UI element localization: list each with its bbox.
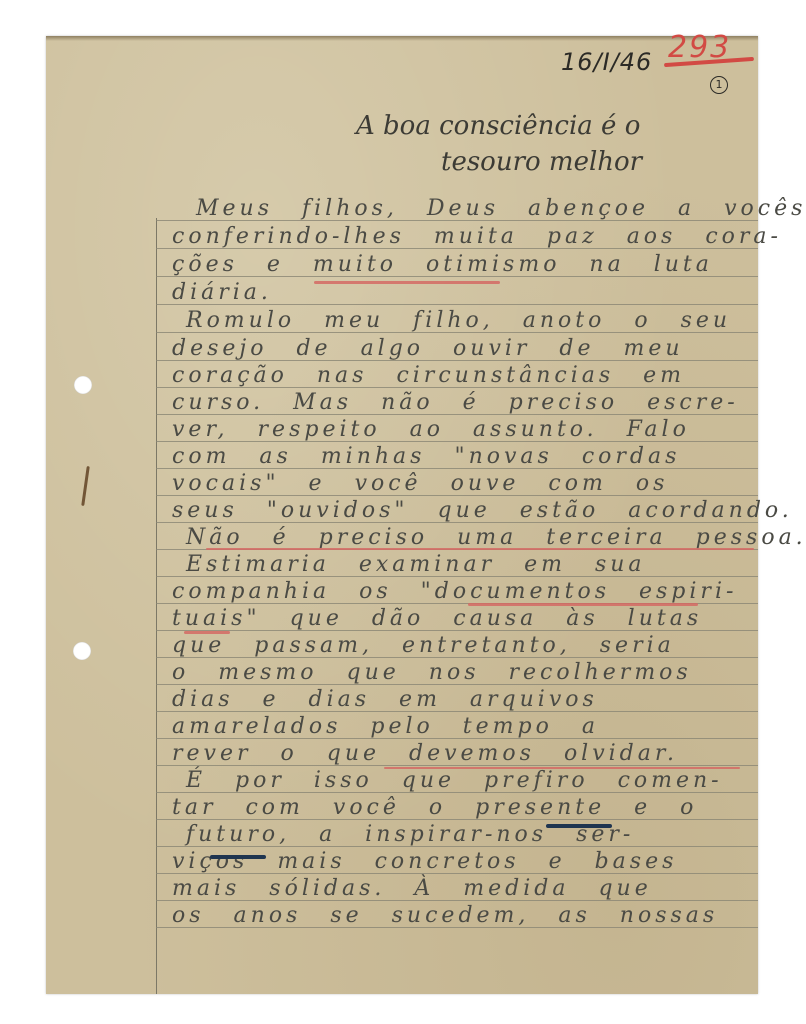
blue-underline-presente [546,824,612,828]
punch-hole [74,376,92,394]
text-line: desejo de algo ouvir de meu [172,336,752,361]
text-line: rever o que devemos olvidar. [172,741,752,766]
text-line: seus "ouvidos" que estão acordando. [172,498,752,523]
margin-line [156,218,157,994]
letter-title: A boa consciência é o tesouro melhor [356,108,696,180]
text-line: Estimaria examinar em sua [186,552,766,577]
text-line: amarelados pelo tempo a [172,714,752,739]
text-line: companhia os "documentos espiri- [172,579,752,604]
text-line: os anos se sucedem, as nossas [172,903,752,928]
text-line: curso. Mas não é preciso escre- [172,390,752,415]
text-line: que passam, entretanto, seria [172,633,752,658]
text-line: viços mais concretos e bases [172,849,752,874]
text-line: mais sólidas. À medida que [172,876,752,901]
text-line: Meus filhos, Deus abençoe a vocês, [196,196,776,221]
document-date: 16/I/46 [561,48,652,76]
text-line: vocais" e você ouve com os [172,471,752,496]
red-underline-tuais [184,631,230,634]
red-underline-otimismo [314,281,500,284]
text-line: coração nas circunstâncias em [172,363,752,388]
manuscript-page: 16/I/46 293 1 A boa consciência é o teso… [46,36,758,994]
text-line: o mesmo que nos recolhermos [172,660,752,685]
sheet-number: 1 [710,76,728,94]
page-top-edge [46,36,758,41]
text-line: tuais" que dão causa às lutas [172,606,752,631]
red-underline-devemos-olvidar [384,767,740,769]
text-line: conferindo-lhes muita paz aos cora- [172,224,752,249]
ink-mark [81,466,90,506]
punch-hole [73,642,91,660]
text-line: dias e dias em arquivos [172,687,752,712]
title-line-1: A boa consciência é o [356,111,640,141]
text-line: É por isso que prefiro comen- [186,768,766,793]
text-line: Romulo meu filho, anoto o seu [186,308,766,333]
text-line: tar com você o presente e o [172,795,752,820]
red-underline-documentos [468,603,698,606]
text-line: ções e muito otimismo na luta [172,252,752,277]
blue-underline-futuro [210,855,266,859]
red-underline-terceira-pessoa [206,548,754,550]
text-line: com as minhas "novas cordas [172,444,752,469]
text-line: ver, respeito ao assunto. Falo [172,417,752,442]
title-line-2: tesouro melhor [356,144,696,180]
text-line: futuro, a inspirar-nos ser- [186,822,766,847]
text-line: Não é preciso uma terceira pessoa. [186,525,766,550]
